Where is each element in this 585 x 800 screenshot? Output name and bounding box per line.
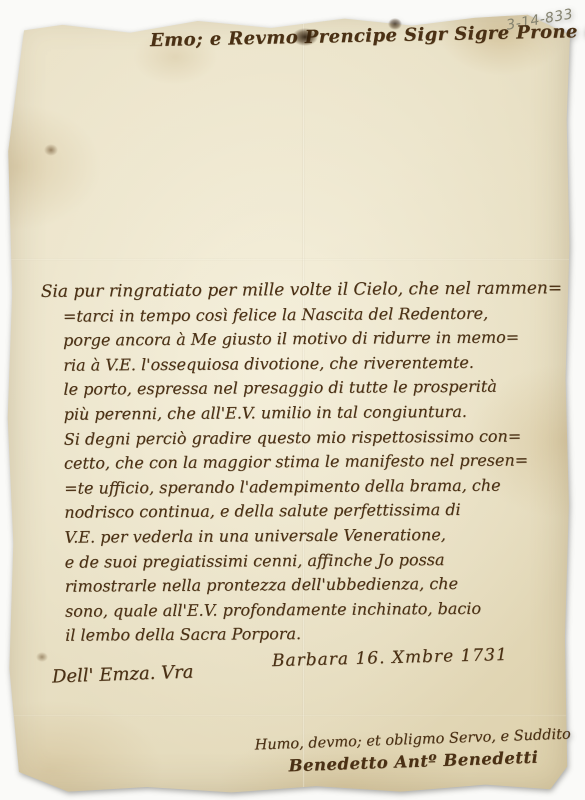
manuscript-line: porge ancora à Me giusto il motivo di ri… <box>41 325 571 353</box>
manuscript-line: =tarci in tempo così felice la Nascita d… <box>41 301 571 329</box>
ink-blot <box>292 28 318 46</box>
ink-smudge <box>36 652 48 662</box>
letter-scan: 3-14-833 Emo; e Revmo Prencipe Sigr Sigr… <box>0 0 585 800</box>
ink-blot <box>388 18 402 30</box>
manuscript-line: Si degni perciò gradire questo mio rispe… <box>42 424 572 452</box>
manuscript-line: nodrisco continua, e della salute perfet… <box>42 497 572 525</box>
manuscript-line: più perenni, che all'E.V. umilio in tal … <box>42 399 572 427</box>
horizontal-crease <box>6 714 570 717</box>
manuscript-line: =te ufficio, sperando l'adempimento dell… <box>42 473 572 501</box>
manuscript-line: rimostrarle nella prontezza dell'ubbedie… <box>43 571 573 599</box>
ink-smudge <box>44 144 58 156</box>
manuscript-line: le porto, espressa nel presaggio di tutt… <box>41 375 571 403</box>
scan-background: { "document": { "archival_number": "3-14… <box>0 0 585 800</box>
manuscript-line: V.E. per vederla in una universale Vener… <box>42 522 572 550</box>
manuscript-line: ria à V.E. l'ossequiosa divotione, che r… <box>41 350 571 378</box>
manuscript-line: cetto, che con la maggior stima le manif… <box>42 448 572 476</box>
manuscript-line: e de suoi pregiatissimi cenni, affinche … <box>43 547 573 575</box>
manuscript-line: sono, quale all'E.V. profondamente inchi… <box>43 596 573 624</box>
manuscript-line: Sia pur ringratiato per mille volte il C… <box>41 276 571 304</box>
horizontal-crease <box>6 258 570 261</box>
letter-body: Sia pur ringratiato per mille volte il C… <box>41 276 574 649</box>
